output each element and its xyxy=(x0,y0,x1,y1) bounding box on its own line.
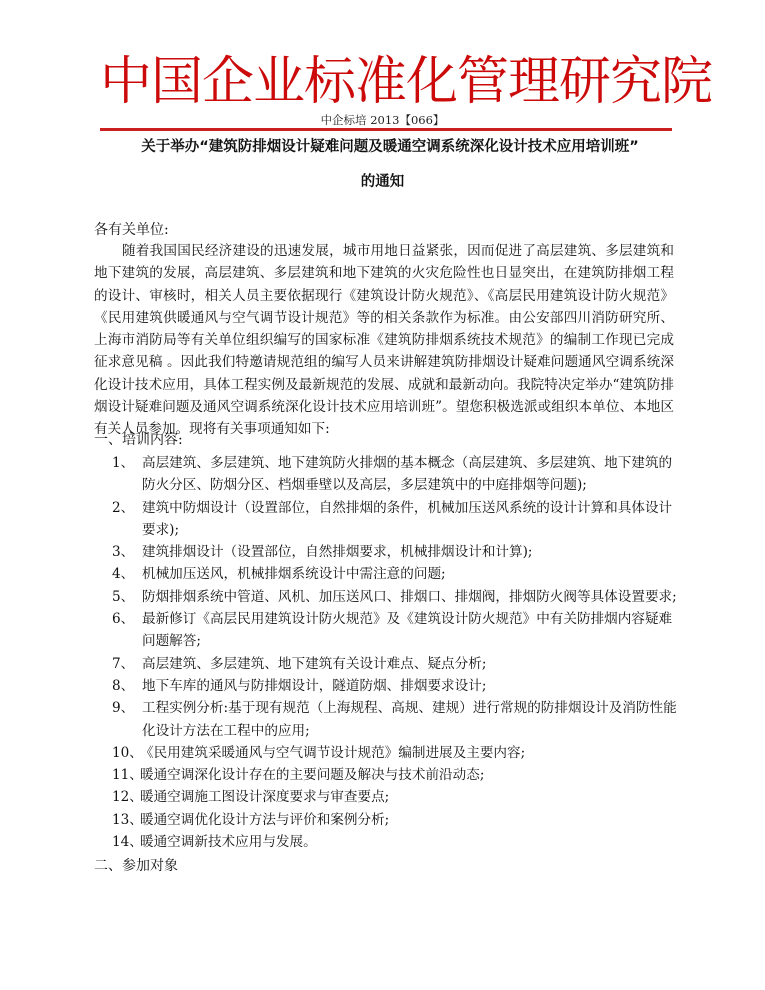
item-text: 工程实例分析:基于现有规范（上海规程、高规、建规）进行常规的防排烟设计及消防性能… xyxy=(142,700,677,738)
item-text: 地下车库的通风与防排烟设计，隧道防烟、排烟要求设计; xyxy=(142,678,486,694)
item-number: 12、 xyxy=(112,786,143,808)
item-text: 防烟排烟系统中管道、风机、加压送风口、排烟口、排烟阀，排烟防火阀等具体设置要求; xyxy=(142,589,677,605)
list-item: 7、 高层建筑、多层建筑、地下建筑有关设计难点、疑点分析; xyxy=(112,653,678,675)
list-item: 2、建筑中防烟设计（设置部位，自然排烟的条件，机械加压送风系统的设计计算和具体设… xyxy=(112,497,678,542)
list-item: 1、高层建筑、多层建筑、地下建筑防火排烟的基本概念（高层建筑、多层建筑、地下建筑… xyxy=(112,452,678,497)
notice-title-continued: 的通知 xyxy=(0,172,765,192)
item-text: 高层建筑、多层建筑、地下建筑有关设计难点、疑点分析; xyxy=(142,656,486,672)
intro-paragraph: 随着我国国民经济建设的迅速发展，城市用地日益紧张，因而促进了高层建筑、多层建筑和… xyxy=(94,240,674,441)
list-item: 8、 地下车库的通风与防排烟设计，隧道防烟、排烟要求设计; xyxy=(112,675,678,697)
item-number: 7、 xyxy=(112,653,134,675)
document-page: 中国企业标准化管理研究院 中企标培 2013【066】 关于举办“建筑防排烟设计… xyxy=(0,0,765,990)
item-number: 11、 xyxy=(112,764,143,786)
item-number: 14、 xyxy=(112,831,143,853)
item-number: 5、 xyxy=(112,586,134,608)
section-heading-training-content: 一、培训内容: xyxy=(94,430,183,450)
item-text: 最新修订《高层民用建筑设计防火规范》及《建筑设计防火规范》中有关防排烟内容疑难问… xyxy=(142,611,672,649)
item-text: 高层建筑、多层建筑、地下建筑防火排烟的基本概念（高层建筑、多层建筑、地下建筑的防… xyxy=(142,455,672,493)
item-number: 4、 xyxy=(112,563,134,585)
item-number: 1、 xyxy=(112,452,134,474)
item-text: 暖通空调深化设计存在的主要问题及解决与技术前沿动态; xyxy=(140,767,484,783)
list-item: 4、 机械加压送风，机械排烟系统设计中需注意的问题; xyxy=(112,563,678,585)
list-item: 13、暖通空调优化设计方法与评价和案例分析; xyxy=(112,809,678,831)
item-text: 建筑中防烟设计（设置部位，自然排烟的条件，机械加压送风系统的设计计算和具体设计要… xyxy=(142,500,672,538)
header-divider xyxy=(100,128,672,131)
list-item: 11、暖通空调深化设计存在的主要问题及解决与技术前沿动态; xyxy=(112,764,678,786)
list-item: 14、暖通空调新技术应用与发展。 xyxy=(112,831,678,853)
salutation: 各有关单位: xyxy=(94,220,169,240)
item-number: 9、 xyxy=(112,697,134,719)
organization-title: 中国企业标准化管理研究院 xyxy=(100,52,675,112)
training-content-list: 1、高层建筑、多层建筑、地下建筑防火排烟的基本概念（高层建筑、多层建筑、地下建筑… xyxy=(112,452,678,853)
item-text: 《民用建筑采暖通风与空气调节设计规范》编制进展及主要内容; xyxy=(140,745,525,761)
item-number: 2、 xyxy=(112,497,134,519)
item-number: 8、 xyxy=(112,675,134,697)
item-text: 暖通空调施工图设计深度要求与审查要点; xyxy=(140,789,389,805)
item-text: 建筑排烟设计（设置部位，自然排烟要求，机械排烟设计和计算); xyxy=(142,544,533,560)
list-item: 12、暖通空调施工图设计深度要求与审查要点; xyxy=(112,786,678,808)
section-heading-participants: 二、参加对象 xyxy=(94,856,178,876)
list-item: 3、建筑排烟设计（设置部位，自然排烟要求，机械排烟设计和计算); xyxy=(112,541,678,563)
item-number: 6、 xyxy=(112,608,134,630)
item-text: 机械加压送风，机械排烟系统设计中需注意的问题; xyxy=(142,566,446,582)
item-number: 3、 xyxy=(112,541,134,563)
list-item: 10、《民用建筑采暖通风与空气调节设计规范》编制进展及主要内容; xyxy=(112,742,678,764)
item-text: 暖通空调优化设计方法与评价和案例分析; xyxy=(140,812,389,828)
item-number: 13、 xyxy=(112,809,143,831)
notice-title: 关于举办“建筑防排烟设计疑难问题及暖通空调系统深化设计技术应用培训班” xyxy=(90,137,690,157)
list-item: 9、工程实例分析:基于现有规范（上海规程、高规、建规）进行常规的防排烟设计及消防… xyxy=(112,697,678,742)
list-item: 6、最新修订《高层民用建筑设计防火规范》及《建筑设计防火规范》中有关防排烟内容疑… xyxy=(112,608,678,653)
item-number: 10、 xyxy=(112,742,143,764)
item-text: 暖通空调新技术应用与发展。 xyxy=(140,834,317,850)
list-item: 5、防烟排烟系统中管道、风机、加压送风口、排烟口、排烟阀，排烟防火阀等具体设置要… xyxy=(112,586,678,608)
document-number: 中企标培 2013【066】 xyxy=(0,112,765,128)
